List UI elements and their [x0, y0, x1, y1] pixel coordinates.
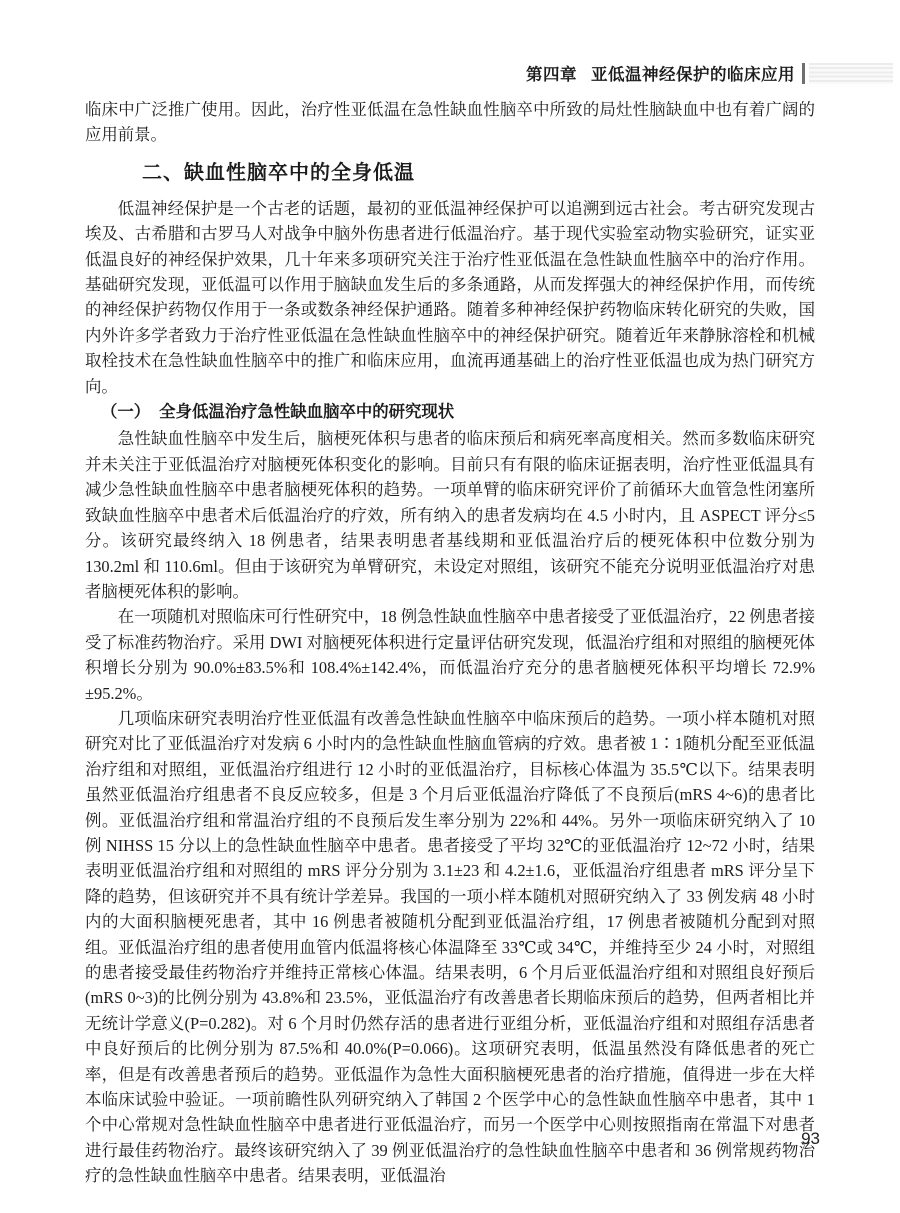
paragraph-continuation: 临床中广泛推广使用。因此，治疗性亚低温在急性缺血性脑卒中所致的局灶性脑缺血中也有…	[85, 97, 815, 148]
subsection-title: 全身低温治疗急性缺血脑卒中的研究现状	[159, 403, 454, 421]
chapter-title: 亚低温神经保护的临床应用	[591, 61, 795, 85]
header-stripe-decoration	[809, 63, 893, 84]
header-divider-bar	[802, 63, 805, 84]
page-header: 第四章 亚低温神经保护的临床应用	[85, 60, 893, 86]
section-heading: 二、缺血性脑卒中的全身低温	[142, 160, 815, 186]
subsection-heading: （一）全身低温治疗急性缺血脑卒中的研究现状	[101, 400, 815, 425]
page-footer: 93	[801, 1129, 820, 1149]
book-page: 第四章 亚低温神经保护的临床应用 临床中广泛推广使用。因此，治疗性亚低温在急性缺…	[0, 0, 900, 1213]
subsection-marker: （一）	[101, 403, 150, 421]
paragraph-rct-feasibility: 在一项随机对照临床可行性研究中，18 例急性缺血性脑卒中患者接受了亚低温治疗，2…	[85, 604, 815, 706]
paragraph-section-overview: 低温神经保护是一个古老的话题，最初的亚低温神经保护可以追溯到远古社会。考古研究发…	[85, 196, 815, 399]
page-number: 93	[801, 1129, 820, 1148]
chapter-number: 第四章	[526, 61, 577, 85]
paragraph-infarct-volume: 急性缺血性脑卒中发生后，脑梗死体积与患者的临床预后和病死率高度相关。然而多数临床…	[85, 426, 815, 604]
page-body: 临床中广泛推广使用。因此，治疗性亚低温在急性缺血性脑卒中所致的局灶性脑缺血中也有…	[85, 97, 815, 1189]
paragraph-clinical-outcomes: 几项临床研究表明治疗性亚低温有改善急性缺血性脑卒中临床预后的趋势。一项小样本随机…	[85, 706, 815, 1189]
